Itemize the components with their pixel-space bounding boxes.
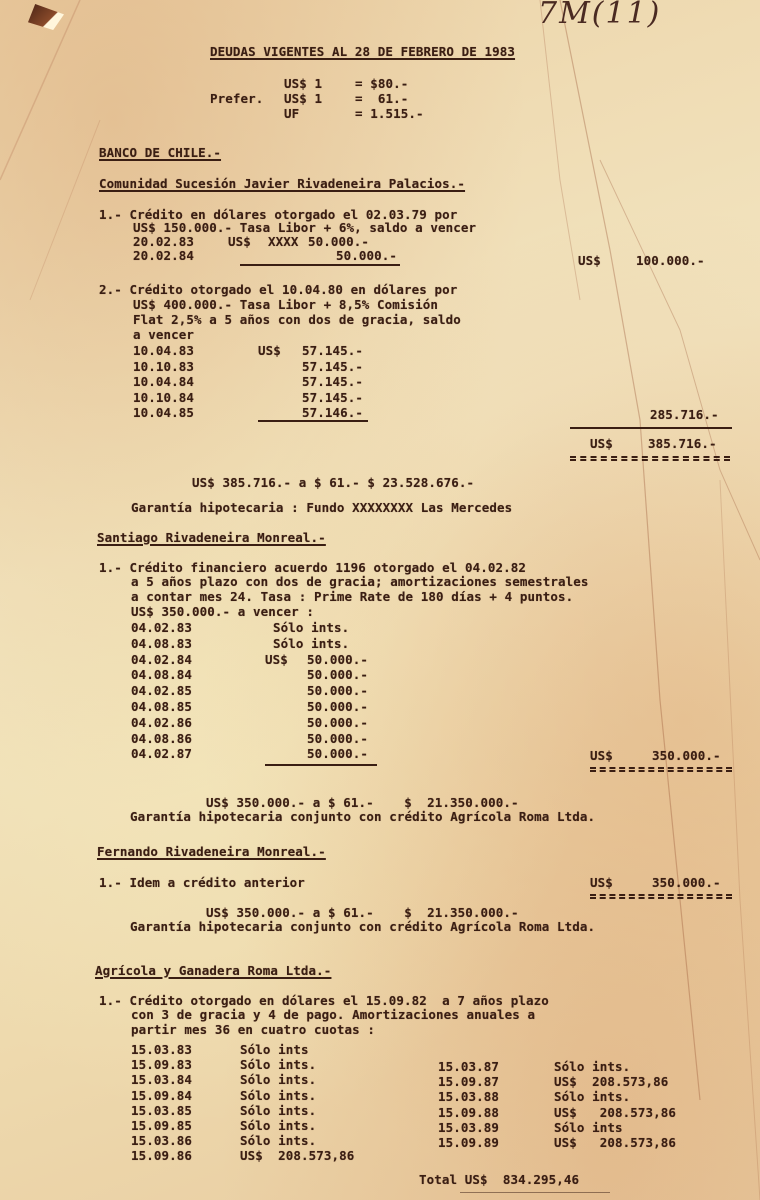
credit-line: Flat 2,5% a 5 años con dos de gracia, sa… <box>133 312 461 327</box>
section-total: 350.000.- <box>652 875 721 890</box>
schedule-amount: 57.145.- <box>302 343 363 358</box>
grand-total-currency: US$ <box>590 436 613 451</box>
credit-line: 1.- Crédito otorgado en dólares el 15.09… <box>99 993 549 1008</box>
credit-line: US$ 350.000.- a vencer : <box>131 604 314 619</box>
double-rule <box>590 767 732 772</box>
schedule-date: 15.03.84 <box>131 1072 192 1087</box>
schedule-currency: US$ <box>265 652 288 667</box>
schedule-amount: 50.000.- <box>307 667 368 682</box>
schedule-amount: 50.000.- <box>307 652 368 667</box>
guarantee-line: Garantía hipotecaria conjunto con crédit… <box>130 919 595 934</box>
schedule-value: US$ 208.573,86 <box>554 1105 676 1120</box>
schedule-amount: 50.000.- <box>307 699 368 714</box>
credit-line: partir mes 36 en cuatro cuotas : <box>131 1022 375 1037</box>
rate-prefix: Prefer. <box>210 91 263 106</box>
schedule-date: 15.03.88 <box>438 1089 499 1104</box>
schedule-amount: 57.146.- <box>302 405 363 420</box>
schedule-date: 04.02.87 <box>131 746 192 761</box>
rate-label: UF <box>284 106 299 121</box>
schedule-date: 10.10.83 <box>133 359 194 374</box>
schedule-date: 15.09.88 <box>438 1105 499 1120</box>
document-title: DEUDAS VIGENTES AL 28 DE FEBRERO DE 1983 <box>210 44 515 59</box>
schedule-date: 15.03.86 <box>131 1133 192 1148</box>
schedule-value: US$ 208.573,86 <box>240 1148 354 1163</box>
schedule-amount: 50.000.- <box>307 715 368 730</box>
schedule-date: 15.03.85 <box>131 1103 192 1118</box>
rate-value: = 61.- <box>355 91 408 106</box>
rate-value: = 1.515.- <box>355 106 424 121</box>
schedule-date: 04.02.84 <box>131 652 192 667</box>
schedule-date: 15.09.87 <box>438 1074 499 1089</box>
conversion-line: US$ 350.000.- a $ 61.- $ 21.350.000.- <box>206 795 519 810</box>
schedule-date: 10.04.84 <box>133 374 194 389</box>
strikeout: XXXX <box>268 234 299 249</box>
schedule-date: 15.09.89 <box>438 1135 499 1150</box>
torn-corner <box>28 4 64 30</box>
schedule-date: 04.08.85 <box>131 699 192 714</box>
schedule-amount: 50.000.- <box>307 746 368 761</box>
schedule-date: 15.09.83 <box>131 1057 192 1072</box>
schedule-date: 04.08.86 <box>131 731 192 746</box>
schedule-value: Sólo ints. <box>240 1133 316 1148</box>
rate-label: US$ 1 <box>284 91 322 106</box>
double-rule <box>590 894 732 899</box>
schedule-date: 04.02.85 <box>131 683 192 698</box>
sum-rule <box>570 427 732 429</box>
schedule-date: 15.03.89 <box>438 1120 499 1135</box>
schedule-currency: US$ <box>258 343 281 358</box>
schedule-currency: US$ <box>228 234 251 249</box>
schedule-date: 15.03.87 <box>438 1059 499 1074</box>
schedule-amount: 50.000.- <box>307 731 368 746</box>
credit-line: con 3 de gracia y 4 de pago. Amortizacio… <box>131 1007 535 1022</box>
schedule-date: 20.02.83 <box>133 234 194 249</box>
subtotal-rule <box>258 420 368 422</box>
credit-line: US$ 150.000.- Tasa Libor + 6%, saldo a v… <box>133 220 476 235</box>
credit-total: 285.716.- <box>650 407 719 422</box>
schedule-amount: Sólo ints. <box>273 620 349 635</box>
schedule-date: 10.10.84 <box>133 390 194 405</box>
schedule-date: 10.04.85 <box>133 405 194 420</box>
schedule-date: 04.02.86 <box>131 715 192 730</box>
schedule-value: Sólo ints <box>240 1042 309 1057</box>
schedule-value: Sólo ints. <box>554 1059 630 1074</box>
section-heading-agricola: Agrícola y Ganadera Roma Ltda.- <box>95 963 331 978</box>
schedule-value: Sólo ints <box>554 1120 623 1135</box>
credit-line: a vencer <box>133 327 194 342</box>
conversion-line: US$ 385.716.- a $ 61.- $ 23.528.676.- <box>192 475 474 490</box>
total-currency: US$ <box>590 875 613 890</box>
credit-total: 100.000.- <box>636 253 705 268</box>
credit-line: a contar mes 24. Tasa : Prime Rate de 18… <box>131 589 573 604</box>
schedule-value: Sólo ints. <box>240 1118 316 1133</box>
schedule-amount: Sólo ints. <box>273 636 349 651</box>
schedule-value: Sólo ints. <box>240 1057 316 1072</box>
subtotal-rule <box>240 264 400 266</box>
schedule-date: 15.09.84 <box>131 1088 192 1103</box>
schedule-amount: 57.145.- <box>302 374 363 389</box>
credit-line: US$ 400.000.- Tasa Libor + 8,5% Comisión <box>133 297 438 312</box>
schedule-amount: 57.145.- <box>302 359 363 374</box>
schedule-date: 15.09.86 <box>131 1148 192 1163</box>
credit-line: 2.- Crédito otorgado el 10.04.80 en dóla… <box>99 282 457 297</box>
section-total: 350.000.- <box>652 748 721 763</box>
schedule-value: Sólo ints. <box>240 1088 316 1103</box>
credit-line: 1.- Idem a crédito anterior <box>99 875 305 890</box>
schedule-amount: 50.000.- <box>308 234 369 249</box>
guarantee-line: Garantía hipotecaria conjunto con crédit… <box>130 809 595 824</box>
rate-value: = $80.- <box>355 76 408 91</box>
total-rule <box>460 1192 610 1193</box>
schedule-date: 10.04.83 <box>133 343 194 358</box>
schedule-date: 15.03.83 <box>131 1042 192 1057</box>
schedule-date: 04.08.83 <box>131 636 192 651</box>
schedule-date: 20.02.84 <box>133 248 194 263</box>
section-heading-fernando: Fernando Rivadeneira Monreal.- <box>97 844 326 859</box>
schedule-amount: 50.000.- <box>336 248 397 263</box>
agricola-total: Total US$ 834.295,46 <box>419 1172 579 1187</box>
grand-total: 385.716.- <box>648 436 717 451</box>
schedule-value: Sólo ints. <box>240 1072 316 1087</box>
section-heading-comunidad: Comunidad Sucesión Javier Rivadeneira Pa… <box>99 176 465 191</box>
schedule-value: US$ 208.573,86 <box>554 1135 676 1150</box>
schedule-date: 04.08.84 <box>131 667 192 682</box>
credit-line: 1.- Crédito financiero acuerdo 1196 otor… <box>99 560 526 575</box>
schedule-value: US$ 208.573,86 <box>554 1074 668 1089</box>
schedule-date: 15.09.85 <box>131 1118 192 1133</box>
handwritten-note: 7M(11) <box>538 0 661 31</box>
schedule-amount: 57.145.- <box>302 390 363 405</box>
section-heading-santiago: Santiago Rivadeneira Monreal.- <box>97 530 326 545</box>
guarantee-line: Garantía hipotecaria : Fundo XXXXXXXX La… <box>131 500 512 515</box>
subtotal-rule <box>265 764 377 766</box>
schedule-date: 04.02.83 <box>131 620 192 635</box>
schedule-amount: 50.000.- <box>307 683 368 698</box>
bank-heading: BANCO DE CHILE.- <box>99 145 221 160</box>
total-currency: US$ <box>578 253 601 268</box>
credit-line: a 5 años plazo con dos de gracia; amorti… <box>131 574 589 589</box>
total-currency: US$ <box>590 748 613 763</box>
conversion-line: US$ 350.000.- a $ 61.- $ 21.350.000.- <box>206 905 519 920</box>
schedule-value: Sólo ints. <box>240 1103 316 1118</box>
rate-label: US$ 1 <box>284 76 322 91</box>
schedule-value: Sólo ints. <box>554 1089 630 1104</box>
double-rule <box>570 456 730 461</box>
